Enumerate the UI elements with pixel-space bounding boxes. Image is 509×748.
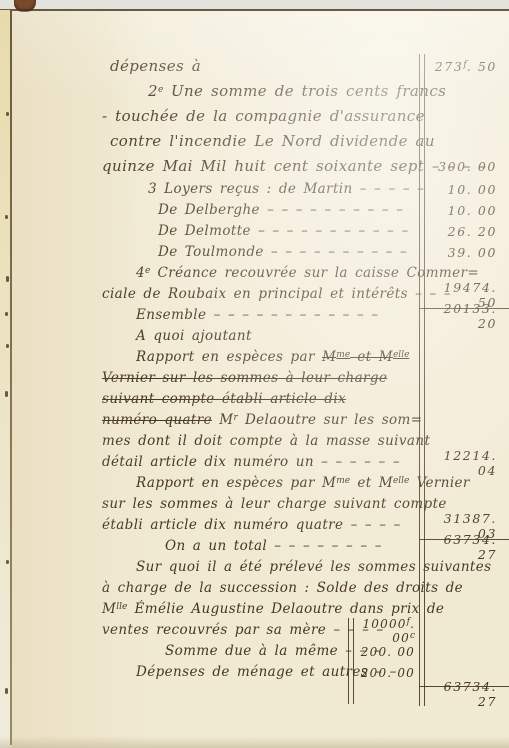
line-text: - touchée de la compagnie d'assurance — [102, 109, 425, 124]
ink-speck — [5, 312, 8, 316]
ink-speck — [6, 344, 9, 348]
line-text: A quoi ajoutant — [136, 330, 252, 344]
manuscript-line: Vernier sur les sommes à leur charge — [100, 368, 509, 389]
amount-value: 10. 00 — [425, 182, 503, 197]
manuscript-text-block: dépenses à273f. 502e Une somme de trois … — [100, 54, 509, 704]
manuscript-line: Rapport en espèces par Mme et Melle — [100, 347, 509, 368]
photo-bottom-shadow — [0, 736, 509, 748]
line-text: Vernier sur les sommes à leur charge — [102, 372, 387, 386]
line-text: Rapport en espèces par Mme et Melle — [136, 351, 409, 365]
line-text: ciale de Roubaix en principal et intérêt… — [102, 288, 451, 302]
amount-value: 63734. 27 — [425, 679, 503, 709]
amount-value: 39. 00 — [425, 245, 503, 260]
amount-value: 26. 20 — [425, 224, 503, 239]
line-text: contre l'incendie Le Nord dividende au — [110, 134, 435, 149]
photo-top-edge — [0, 0, 509, 9]
ink-speck — [5, 215, 8, 219]
manuscript-line: contre l'incendie Le Nord dividende au — [100, 129, 509, 154]
line-text: 2e Une somme de trois cents francs — [148, 84, 446, 99]
scanned-manuscript-photo: dépenses à273f. 502e Une somme de trois … — [0, 0, 509, 748]
line-text: Rapport en espèces par Mme et Melle Vern… — [136, 477, 470, 491]
manuscript-line: 3 Loyers reçus : de Martin – – – – –10. … — [100, 179, 509, 200]
line-text: On a un total – – – – – – – – — [165, 540, 382, 554]
amount-value: 273f. 50 — [425, 59, 503, 74]
manuscript-line: Mlle Émélie Augustine Delaoutre dans pri… — [100, 599, 509, 620]
line-text: 3 Loyers reçus : de Martin – – – – – — [148, 183, 424, 197]
line-text: établi article dix numéro quatre – – – – — [102, 519, 401, 533]
sub-amount-value: 200. 00 — [352, 645, 418, 659]
page-gutter-edge — [0, 10, 10, 748]
line-text: détail article dix numéro un – – – – – – — [102, 456, 400, 470]
ink-speck — [5, 688, 8, 694]
manuscript-line: A quoi ajoutant — [100, 326, 509, 347]
manuscript-line: Ensemble – – – – – – – – – – – –20133. 2… — [100, 305, 509, 326]
ink-speck — [6, 112, 9, 116]
manuscript-line: On a un total – – – – – – – –63734. 27 — [100, 536, 509, 557]
ink-speck — [6, 276, 9, 282]
line-text: De Delmotte – – – – – – – – – – – — [158, 225, 409, 239]
manuscript-line: Somme due à la même – – –200. 00 — [100, 641, 509, 662]
manuscript-line: 63734. 27 — [100, 683, 509, 704]
manuscript-line: suivant compte établi article dix — [100, 389, 509, 410]
line-text: Sur quoi il a été prélevé les sommes sui… — [136, 561, 491, 575]
manuscript-line: détail article dix numéro un – – – – – –… — [100, 452, 509, 473]
page-top-rule-edge — [0, 9, 509, 11]
line-text: sur les sommes à leur charge suivant com… — [102, 498, 447, 512]
manuscript-line: numéro quatre Mr Delaoutre sur les som= — [100, 410, 509, 431]
line-text: 4e Créance recouvrée sur la caisse Comme… — [136, 267, 479, 281]
manuscript-line: 2e Une somme de trois cents francs — [100, 79, 509, 104]
manuscript-line: De Delberghe – – – – – – – – – –10. 00 — [100, 200, 509, 221]
line-text: De Toulmonde – – – – – – – – – – — [158, 246, 407, 260]
manuscript-line: - touchée de la compagnie d'assurance — [100, 104, 509, 129]
line-text: ventes recouvrés par sa mère – – – – — [102, 624, 384, 638]
manuscript-line: De Toulmonde – – – – – – – – – –39. 00 — [100, 242, 509, 263]
line-text: De Delberghe – – – – – – – – – – — [158, 204, 403, 218]
page-fold-line — [10, 11, 12, 745]
manuscript-line: De Delmotte – – – – – – – – – – –26. 20 — [100, 221, 509, 242]
line-text: suivant compte établi article dix — [102, 393, 346, 407]
manuscript-line: à charge de la succession : Solde des dr… — [100, 578, 509, 599]
amount-value: 10. 00 — [425, 203, 503, 218]
line-text: Ensemble – – – – – – – – – – – – — [136, 309, 379, 323]
manuscript-line: dépenses à273f. 50 — [100, 54, 509, 79]
line-text: Somme due à la même – – – — [165, 645, 381, 659]
ink-speck — [5, 391, 8, 397]
ink-speck — [6, 560, 9, 564]
amount-value: 300. 00 — [425, 159, 503, 174]
sub-amount-value: 200. 00 — [352, 666, 418, 680]
line-text: Mlle Émélie Augustine Delaoutre dans pri… — [102, 603, 444, 617]
manuscript-line: ventes recouvrés par sa mère – – – –1000… — [100, 620, 509, 641]
manuscript-line: Rapport en espèces par Mme et Melle Vern… — [100, 473, 509, 494]
line-text: dépenses à — [110, 59, 201, 74]
line-text: à charge de la succession : Solde des dr… — [102, 582, 463, 596]
line-text: mes dont il doit compte à la masse suiva… — [102, 435, 430, 449]
line-text: numéro quatre Mr Delaoutre sur les som= — [102, 414, 422, 428]
manuscript-line: Sur quoi il a été prélevé les sommes sui… — [100, 557, 509, 578]
manuscript-line: quinze Mai Mil huit cent soixante sept –… — [100, 154, 509, 179]
